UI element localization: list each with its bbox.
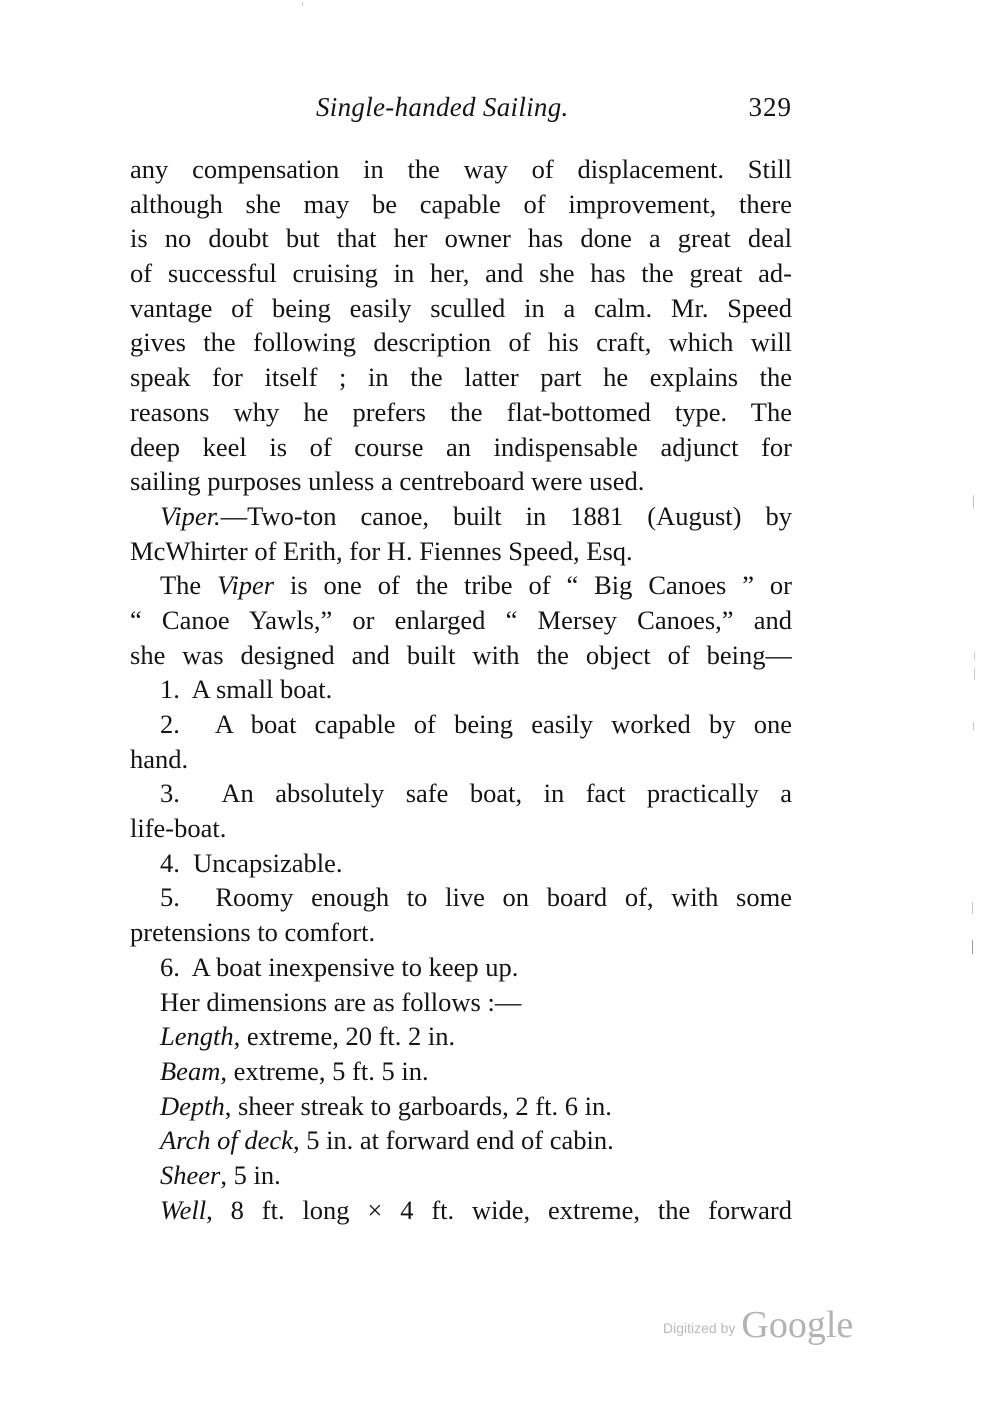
dimension-item: Sheer, 5 in. [130, 1158, 792, 1193]
scan-artifact [972, 902, 973, 914]
text-line: The Viper is one of the tribe of “ Big C… [130, 568, 792, 603]
body-text: any compensation in the way of displacem… [130, 152, 792, 1227]
dimension-label: Depth [160, 1091, 225, 1121]
book-page: Single-handed Sailing. 329 any compensat… [0, 0, 988, 1413]
text-fragment: The [160, 570, 217, 600]
dimension-value: , 8 ft. long × 4 ft. wide, extreme, the … [206, 1195, 792, 1225]
text-line: vantage of being easily sculled in a cal… [130, 291, 792, 326]
dimension-item: Well, 8 ft. long × 4 ft. wide, extreme, … [130, 1193, 792, 1228]
text-line: any compensation in the way of displacem… [130, 152, 792, 187]
dimension-label: Arch of deck [160, 1125, 293, 1155]
scan-artifact [974, 652, 975, 660]
objective-item: 6. A boat inexpensive to keep up. [130, 950, 792, 985]
dimension-item: Length, extreme, 20 ft. 2 in. [130, 1019, 792, 1054]
objective-number: 3. [160, 778, 180, 808]
text-line: is no doubt but that her owner has done … [130, 221, 792, 256]
scan-artifact [973, 495, 974, 509]
dimension-value: , extreme, 5 ft. 5 in. [220, 1056, 428, 1086]
text-line: gives the following description of his c… [130, 325, 792, 360]
dimension-item: Depth, sheer streak to garboards, 2 ft. … [130, 1089, 792, 1124]
digitized-prefix: Digitized by [663, 1320, 735, 1336]
text-line: she was designed and built with the obje… [130, 638, 792, 673]
objective-text: A boat inexpensive to keep up. [192, 952, 519, 982]
text-fragment: is one of the tribe of “ Big Canoes ” or [274, 570, 792, 600]
scan-artifact [974, 668, 975, 680]
scan-artifact [972, 940, 973, 954]
digitized-watermark: Digitized by Google [663, 1303, 853, 1347]
google-logo-text: Google [741, 1304, 853, 1346]
objective-number: 5. [160, 882, 180, 912]
dimension-value: , sheer streak to garboards, 2 ft. 6 in. [225, 1091, 612, 1121]
objective-text: Roomy enough to live on board of, with s… [215, 882, 792, 912]
objective-item: 3. An absolutely safe boat, in fact prac… [130, 776, 792, 811]
objective-item: 4. Uncapsizable. [130, 846, 792, 881]
objective-continuation: life-boat. [130, 811, 792, 846]
objective-number: 6. [160, 952, 180, 982]
viper-heading-line: Viper.—Two-ton canoe, built in 1881 (Aug… [130, 499, 792, 534]
dimension-label: Beam [160, 1056, 220, 1086]
text-line: reasons why he prefers the flat-bottomed… [130, 395, 792, 430]
scan-artifact [973, 722, 974, 730]
text-line: although she may be capable of improveme… [130, 187, 792, 222]
text-line: “ Canoe Yawls,” or enlarged “ Mersey Can… [130, 603, 792, 638]
objective-continuation: hand. [130, 742, 792, 777]
objective-item: 5. Roomy enough to live on board of, wit… [130, 880, 792, 915]
running-head: Single-handed Sailing. 329 [130, 92, 792, 128]
dimension-label: Length [160, 1021, 234, 1051]
objective-item: 2. A boat capable of being easily worked… [130, 707, 792, 742]
objective-continuation: pretensions to comfort. [130, 915, 792, 950]
dimension-item: Arch of deck, 5 in. at forward end of ca… [130, 1123, 792, 1158]
objective-text: An absolutely safe boat, in fact practic… [221, 778, 792, 808]
objective-number: 1. [160, 674, 180, 704]
dimension-label: Sheer [160, 1160, 220, 1190]
running-title: Single-handed Sailing. [316, 92, 569, 123]
objective-text: Uncapsizable. [193, 848, 342, 878]
text-fragment: —Two-ton canoe, built in 1881 (August) b… [221, 501, 792, 531]
dimension-label: Well [160, 1195, 206, 1225]
text-line: McWhirter of Erith, for H. Fiennes Speed… [130, 534, 792, 569]
text-line: of successful cruising in her, and she h… [130, 256, 792, 291]
dimensions-intro: Her dimensions are as follows :— [130, 985, 792, 1020]
dimension-item: Beam, extreme, 5 ft. 5 in. [130, 1054, 792, 1089]
dimension-value: , 5 in. at forward end of cabin. [293, 1125, 614, 1155]
objective-item: 1. A small boat. [130, 672, 792, 707]
text-line: speak for itself ; in the latter part he… [130, 360, 792, 395]
dimension-value: , 5 in. [220, 1160, 280, 1190]
vessel-name: Viper [217, 570, 274, 600]
dimension-value: , extreme, 20 ft. 2 in. [234, 1021, 456, 1051]
vessel-name: Viper. [160, 501, 221, 531]
text-line: sailing purposes unless a centreboard we… [130, 464, 792, 499]
objective-number: 4. [160, 848, 180, 878]
text-line: deep keel is of course an indispensable … [130, 430, 792, 465]
objective-text: A small boat. [192, 674, 333, 704]
objective-text: A boat capable of being easily worked by… [215, 709, 792, 739]
scan-artifact [302, 2, 303, 6]
objective-number: 2. [160, 709, 180, 739]
page-number: 329 [749, 92, 793, 123]
